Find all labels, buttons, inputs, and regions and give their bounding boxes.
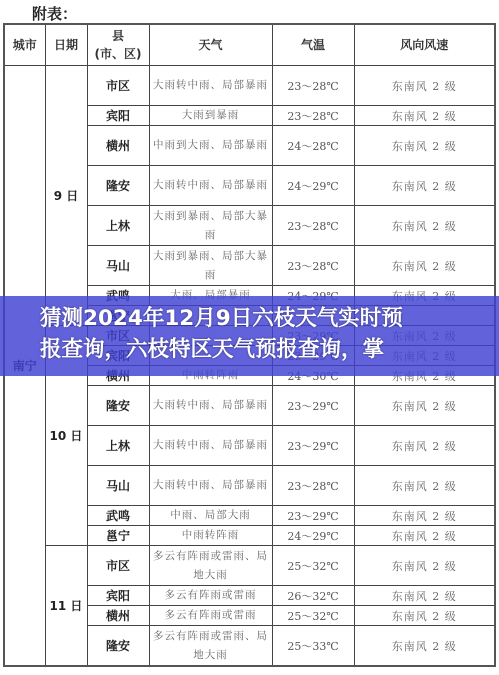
weather-cell: 多云有阵雨或雷雨、局地大雨 (149, 546, 272, 586)
weather-cell: 大雨到暴雨 (149, 106, 272, 126)
temperature-cell: 25～33℃ (272, 626, 354, 667)
header-weather: 天气 (149, 24, 272, 66)
table-row: 11 日 市区 多云有阵雨或雷雨、局地大雨 25～32℃ 东南风 2 级 (4, 546, 495, 586)
temperature-cell: 23～28℃ (272, 66, 354, 106)
weather-cell: 大雨转中雨、局部暴雨 (149, 386, 272, 426)
header-county-line1: 县 (88, 27, 149, 45)
weather-cell: 多云有阵雨或雷雨 (149, 586, 272, 606)
header-county-line2: (市、区) (88, 45, 149, 63)
banner-line-2: 报查询，六枝特区天气预报查询，掌 (40, 334, 499, 365)
date-cell: 9 日 (45, 66, 87, 326)
date-cell: 11 日 (45, 546, 87, 667)
county-cell: 马山 (87, 466, 149, 506)
wind-cell: 东南风 2 级 (354, 606, 495, 626)
table-row: 南宁 9 日 市区 大雨转中雨、局部暴雨 23～28℃ 东南风 2 级 (4, 66, 495, 106)
banner-headline[interactable]: 猜测2024年12月9日六枝天气实时预 报查询，六枝特区天气预报查询，掌 (40, 303, 499, 365)
county-cell: 上林 (87, 206, 149, 246)
temperature-cell: 25～32℃ (272, 546, 354, 586)
temperature-cell: 25～32℃ (272, 606, 354, 626)
header-wind: 风向风速 (354, 24, 495, 66)
wind-cell: 东南风 2 级 (354, 546, 495, 586)
header-date: 日期 (45, 24, 87, 66)
wind-cell: 东南风 2 级 (354, 426, 495, 466)
weather-cell: 多云有阵雨或雷雨、局地大雨 (149, 626, 272, 667)
county-cell: 隆安 (87, 166, 149, 206)
temperature-cell: 23～28℃ (272, 246, 354, 286)
county-cell: 隆安 (87, 626, 149, 667)
county-cell: 市区 (87, 546, 149, 586)
temperature-cell: 23～28℃ (272, 206, 354, 246)
temperature-cell: 24～28℃ (272, 126, 354, 166)
wind-cell: 东南风 2 级 (354, 66, 495, 106)
weather-cell: 中雨、局部大雨 (149, 506, 272, 526)
weather-cell: 大雨到暴雨、局部大暴雨 (149, 246, 272, 286)
county-cell: 马山 (87, 246, 149, 286)
weather-cell: 中雨转阵雨 (149, 526, 272, 546)
wind-cell: 东南风 2 级 (354, 466, 495, 506)
wind-cell: 东南风 2 级 (354, 106, 495, 126)
wind-cell: 东南风 2 级 (354, 626, 495, 667)
wind-cell: 东南风 2 级 (354, 166, 495, 206)
header-temperature: 气温 (272, 24, 354, 66)
wind-cell: 东南风 2 级 (354, 586, 495, 606)
weather-cell: 大雨转中雨、局部暴雨 (149, 166, 272, 206)
county-cell: 横州 (87, 606, 149, 626)
header-county: 县 (市、区) (87, 24, 149, 66)
weather-cell: 多云有阵雨或雷雨 (149, 606, 272, 626)
wind-cell: 东南风 2 级 (354, 246, 495, 286)
wind-cell: 东南风 2 级 (354, 126, 495, 166)
wind-cell: 东南风 2 级 (354, 206, 495, 246)
weather-cell: 大雨转中雨、局部暴雨 (149, 66, 272, 106)
temperature-cell: 26～32℃ (272, 586, 354, 606)
temperature-cell: 23～28℃ (272, 106, 354, 126)
temperature-cell: 24～29℃ (272, 166, 354, 206)
temperature-cell: 23～29℃ (272, 386, 354, 426)
weather-cell: 大雨到暴雨、局部大暴雨 (149, 206, 272, 246)
county-cell: 市区 (87, 66, 149, 106)
weather-cell: 大雨转中雨、局部暴雨 (149, 426, 272, 466)
county-cell: 横州 (87, 126, 149, 166)
table-header-row: 城市 日期 县 (市、区) 天气 气温 风向风速 (4, 24, 495, 66)
county-cell: 上林 (87, 426, 149, 466)
banner-line-1: 猜测2024年12月9日六枝天气实时预 (40, 303, 499, 334)
temperature-cell: 24～29℃ (272, 526, 354, 546)
wind-cell: 东南风 2 级 (354, 386, 495, 426)
wind-cell: 东南风 2 级 (354, 506, 495, 526)
weather-cell: 中雨到大雨、局部暴雨 (149, 126, 272, 166)
county-cell: 宾阳 (87, 106, 149, 126)
header-city: 城市 (4, 24, 45, 66)
county-cell: 邕宁 (87, 526, 149, 546)
weather-cell: 大雨转中雨、局部暴雨 (149, 466, 272, 506)
county-cell: 隆安 (87, 386, 149, 426)
temperature-cell: 23～29℃ (272, 426, 354, 466)
county-cell: 宾阳 (87, 586, 149, 606)
temperature-cell: 23～28℃ (272, 466, 354, 506)
page-title: 附表： (32, 3, 77, 24)
county-cell: 武鸣 (87, 506, 149, 526)
wind-cell: 东南风 2 级 (354, 526, 495, 546)
temperature-cell: 23～29℃ (272, 506, 354, 526)
